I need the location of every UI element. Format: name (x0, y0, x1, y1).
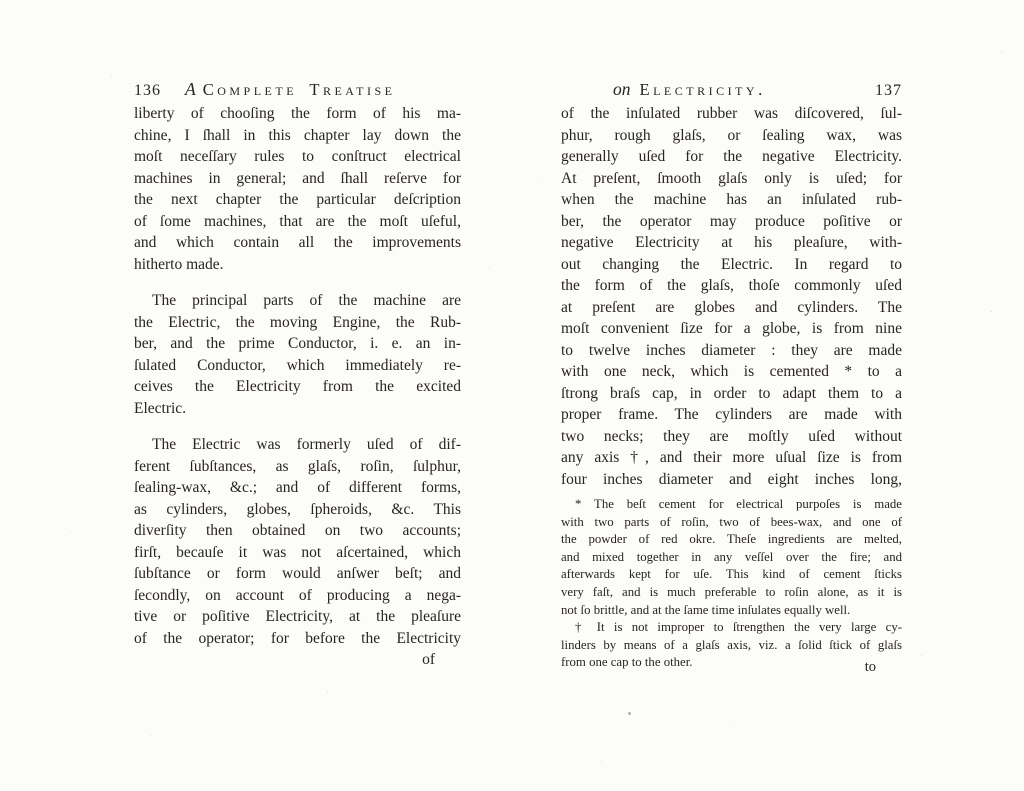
text-line: hitherto made. (134, 254, 461, 276)
text-line: The Electric was formerly uſed of dif- (134, 434, 461, 456)
footnote-line: not ſo brittle, and at the ſame time inſ… (561, 602, 902, 620)
text-line: chine, I ſhall in this chapter lay down … (134, 125, 461, 147)
text-line: of the operator; for before the Electric… (134, 628, 461, 650)
left-page-number: 136 (134, 82, 161, 100)
text-line: At preſent, ſmooth glaſs only is uſed; f… (561, 168, 902, 190)
text-line: phur, rough glaſs, or ſealing wax, was (561, 125, 902, 147)
text-line: out changing the Electric. In regard to (561, 254, 902, 276)
text-line: the form of the glaſs, thoſe commonly uſ… (561, 275, 902, 297)
text-line: generally uſed for the negative Electric… (561, 146, 902, 168)
text-line: liberty of chooſing the form of his ma- (134, 103, 461, 125)
text-line: negative Electricity at his pleaſure, wi… (561, 232, 902, 254)
text-line: ſulated Conductor, which immediately re- (134, 355, 461, 377)
footnote-line: * The beſt cement for electrical purpoſe… (561, 496, 902, 514)
text-line: at preſent are globes and cylinders. The (561, 297, 902, 319)
text-line: tive or poſitive Electricity, at the ple… (134, 606, 461, 628)
text-line: ber, the operator may produce poſitive o… (561, 211, 902, 233)
text-line: firſt, becauſe it was not aſcertained, w… (134, 542, 461, 564)
text-line: when the machine has an inſulated rub- (561, 189, 902, 211)
footnote-line: afterwards kept for uſe. This kind of ce… (561, 566, 902, 584)
text-line: ferent ſubſtances, as glaſs, roſin, ſulp… (134, 456, 461, 478)
text-line: Electric. (134, 398, 461, 420)
text-line: of ſome machines, that are the moſt uſef… (134, 211, 461, 233)
text-line: The principal parts of the machine are (134, 290, 461, 312)
footnote-line: the powder of red okre. Theſe ingredient… (561, 531, 902, 549)
text-line: proper frame. The cylinders are made wit… (561, 404, 902, 426)
text-line (134, 419, 461, 434)
text-line: machines in general; and ſhall reſerve f… (134, 168, 461, 190)
text-line: ſubſtance or form would anſwer beſt; and (134, 563, 461, 585)
text-line: the Electric, the moving Engine, the Rub… (134, 312, 461, 334)
text-line: with one neck, which is cemented * to a (561, 361, 902, 383)
right-page-header: on Electricity. 137 (561, 79, 902, 100)
footnote-line: linders by means of a glaſs axis, viz. a… (561, 637, 902, 655)
footnote-line: † It is not improper to ſtrengthen the v… (561, 619, 902, 637)
text-line: diverſity then obtained on two accounts; (134, 520, 461, 542)
running-title-lead-italic: on (613, 79, 631, 100)
footnote-line: very faſt, and is much preferable to roſ… (561, 584, 902, 602)
right-page-number: 137 (875, 82, 902, 100)
text-line: two necks; they are moſtly uſed without (561, 426, 902, 448)
running-title: Complete Treatise (203, 80, 396, 100)
text-line (134, 275, 461, 290)
right-body-text: of the inſulated rubber was diſcovered, … (561, 103, 902, 490)
right-page: on Electricity. 137 of the inſulated rub… (561, 79, 902, 678)
left-body-text: liberty of chooſing the form of his ma- … (134, 103, 461, 649)
text-line: as cylinders, globes, ſpheroids, &c. Thi… (134, 499, 461, 521)
left-page: 136 A Complete Treatise liberty of chooſ… (134, 79, 461, 671)
footnote-line: with two parts of roſin, two of bees-wax… (561, 514, 902, 532)
text-line: the next chapter the particular deſcript… (134, 189, 461, 211)
text-line: moſt neceſſary rules to conſtruct electr… (134, 146, 461, 168)
text-line: ſecondly, on account of producing a nega… (134, 585, 461, 607)
running-title: Electricity. (640, 80, 766, 100)
text-line: ber, and the prime Conductor, i. e. an i… (134, 333, 461, 355)
left-catchword: of (134, 649, 461, 671)
footnote-line: and mixed together in any veſſel over th… (561, 549, 902, 567)
text-line: moſt convenient ſize for a globe, is fro… (561, 318, 902, 340)
book-scan: 136 A Complete Treatise liberty of chooſ… (0, 0, 1024, 791)
text-line: four inches diameter and eight inches lo… (561, 469, 902, 491)
text-line: any axis †, and their more uſual ſize is… (561, 447, 902, 469)
text-line: ceives the Electricity from the excited (134, 376, 461, 398)
left-page-header: 136 A Complete Treatise (134, 79, 461, 100)
text-line: of the inſulated rubber was diſcovered, … (561, 103, 902, 125)
text-line: to twelve inches diameter : they are mad… (561, 340, 902, 362)
text-line: and which contain all the improvements (134, 232, 461, 254)
footnote-block: * The beſt cement for electrical purpoſe… (561, 496, 902, 672)
text-line: ſtrong braſs cap, in order to adapt them… (561, 383, 902, 405)
running-title-lead-italic: A (185, 79, 196, 100)
text-line: ſealing-wax, &c.; and of different forms… (134, 477, 461, 499)
